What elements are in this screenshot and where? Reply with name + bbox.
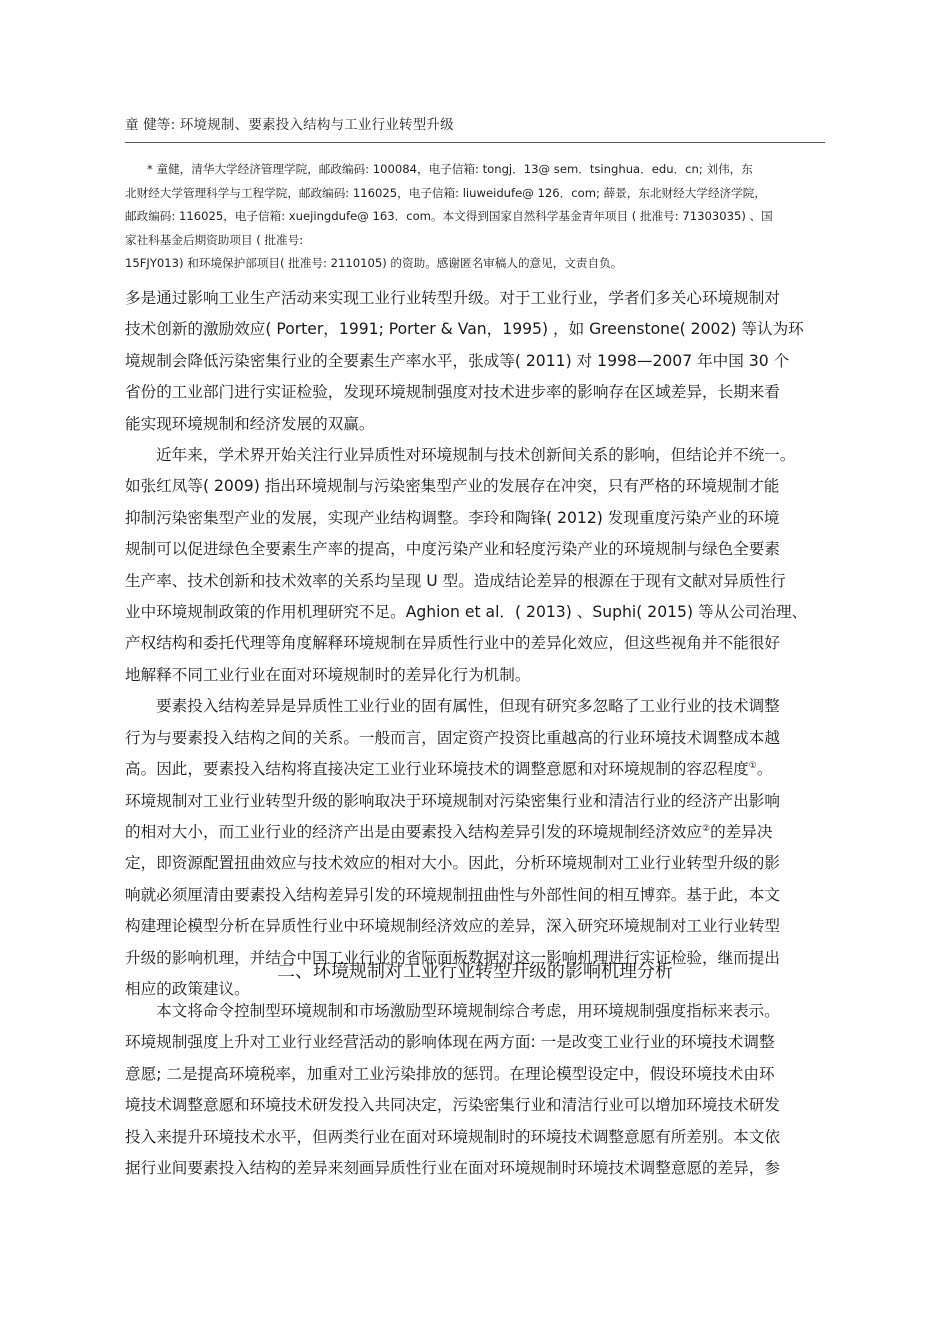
author-footnote: * 童健，清华大学经济管理学院，邮政编码: 100084，电子信箱: tongj…	[125, 158, 825, 276]
text-line: 据行业间要素投入结构的差异来刻画异质性行业在面对环境规制时环境技术调整意愿的差异…	[125, 1153, 825, 1184]
text-line: 响就必须厘清由要素投入结构差异引发的环境规制扭曲性与外部性间的相互博弈。基于此，…	[125, 880, 825, 911]
text-line: 行为与要素投入结构之间的关系。一般而言，固定资产投资比重越高的行业环境技术调整成…	[125, 723, 825, 754]
text-line: 省份的工业部门进行实证检验，发现环境规制强度对技术进步率的影响存在区域差异，长期…	[125, 377, 825, 408]
text-line: 的相对大小，而工业行业的经济产出是由要素投入结构差异引发的环境规制经济效应②的差…	[125, 817, 825, 848]
section-body-text: 本文将命令控制型环境规制和市场激励型环境规制综合考虑，用环境规制强度指标来表示。…	[125, 996, 825, 1184]
text-line: 构建理论模型分析在异质性行业中环境规制经济效应的差异，深入研究环境规制对工业行业…	[125, 911, 825, 942]
text-line: 地解释不同工业行业在面对环境规制时的差异化行为机制。	[125, 660, 825, 691]
running-header: 童 健等: 环境规制、要素投入结构与工业行业转型升级	[125, 113, 454, 133]
text-line: 多是通过影响工业生产活动来实现工业行业转型升级。对于工业行业，学者们多关心环境规…	[125, 283, 825, 314]
text-line: 意愿; 二是提高环境税率，加重对工业污染排放的惩罚。在理论模型设定中，假设环境技…	[125, 1059, 825, 1090]
footnote-line: 北财经大学管理科学与工程学院，邮政编码: 116025，电子信箱: liuwei…	[125, 182, 825, 206]
text-line: 技术创新的激励效应( Porter，1991; Porter & Van，199…	[125, 314, 825, 345]
footnote-mark[interactable]: ①	[749, 761, 757, 771]
section-heading: 二、环境规制对工业行业转型升级的影响机理分析	[125, 957, 825, 983]
text-line: 本文将命令控制型环境规制和市场激励型环境规制综合考虑，用环境规制强度指标来表示。	[125, 996, 825, 1027]
text-line: 定，即资源配置扭曲效应与技术效应的相对大小。因此，分析环境规制对工业行业转型升级…	[125, 848, 825, 879]
text-line: 能实现环境规制和经济发展的双赢。	[125, 409, 825, 440]
text-line: 要素投入结构差异是异质性工业行业的固有属性，但现有研究多忽略了工业行业的技术调整	[125, 691, 825, 722]
footnote-line: * 童健，清华大学经济管理学院，邮政编码: 100084，电子信箱: tongj…	[125, 158, 825, 182]
text-line: 产权结构和委托代理等角度解释环境规制在异质性行业中的差异化效应，但这些视角并不能…	[125, 628, 825, 659]
footnote-mark[interactable]: ②	[702, 824, 710, 834]
header-rule	[125, 142, 825, 143]
text-line: 高。因此，要素投入结构将直接决定工业行业环境技术的调整意愿和对环境规制的容忍程度…	[125, 754, 825, 785]
footnote-line: 家社科基金后期资助项目 ( 批准号:	[125, 229, 825, 253]
text-line: 环境规制强度上升对工业行业经营活动的影响体现在两方面: 一是改变工业行业的环境技…	[125, 1027, 825, 1058]
text-line: 境技术调整意愿和环境技术研发投入共同决定，污染密集行业和清洁行业可以增加环境技术…	[125, 1090, 825, 1121]
footnote-line: 邮政编码: 116025，电子信箱: xuejingdufe@ 163．com。…	[125, 205, 825, 229]
text-line: 业中环境规制政策的作用机理研究不足。Aghion et al．( 2013) 、…	[125, 597, 825, 628]
text-line: 近年来，学术界开始关注行业异质性对环境规制与技术创新间关系的影响，但结论并不统一…	[125, 440, 825, 471]
footnote-line: 15FJY013) 和环境保护部项目( 批准号: 2110105) 的资助。感谢…	[125, 252, 825, 276]
body-text: 多是通过影响工业生产活动来实现工业行业转型升级。对于工业行业，学者们多关心环境规…	[125, 283, 825, 1005]
text-line: 规制可以促进绿色全要素生产率的提高，中度污染产业和轻度污染产业的环境规制与绿色全…	[125, 534, 825, 565]
text-line: 抑制污染密集型产业的发展，实现产业结构调整。李玲和陶锋( 2012) 发现重度污…	[125, 503, 825, 534]
text-line: 投入来提升环境技术水平，但两类行业在面对环境规制时的环境技术调整意愿有所差别。本…	[125, 1122, 825, 1153]
text-line: 如张红凤等( 2009) 指出环境规制与污染密集型产业的发展存在冲突，只有严格的…	[125, 471, 825, 502]
text-line: 生产率、技术创新和技术效率的关系均呈现 U 型。造成结论差异的根源在于现有文献对…	[125, 566, 825, 597]
text-line: 环境规制对工业行业转型升级的影响取决于环境规制对污染密集行业和清洁行业的经济产出…	[125, 786, 825, 817]
text-line: 境规制会降低污染密集行业的全要素生产率水平，张成等( 2011) 对 1998—…	[125, 346, 825, 377]
